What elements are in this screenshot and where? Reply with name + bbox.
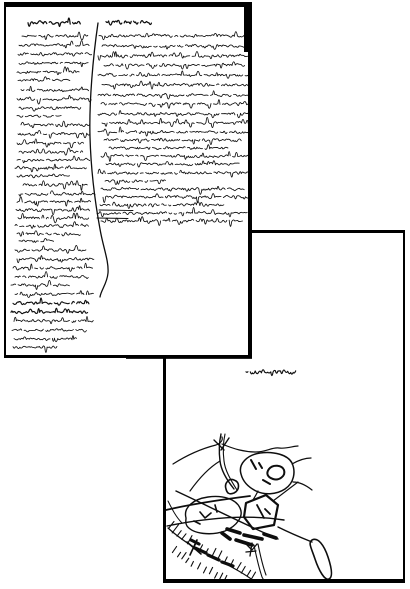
handwriting bbox=[6, 7, 248, 355]
page-edge-shadow bbox=[244, 2, 252, 52]
scanned-photo bbox=[0, 0, 410, 589]
page-edge-shadow-bottom bbox=[126, 356, 252, 359]
manuscript-page bbox=[4, 2, 252, 358]
